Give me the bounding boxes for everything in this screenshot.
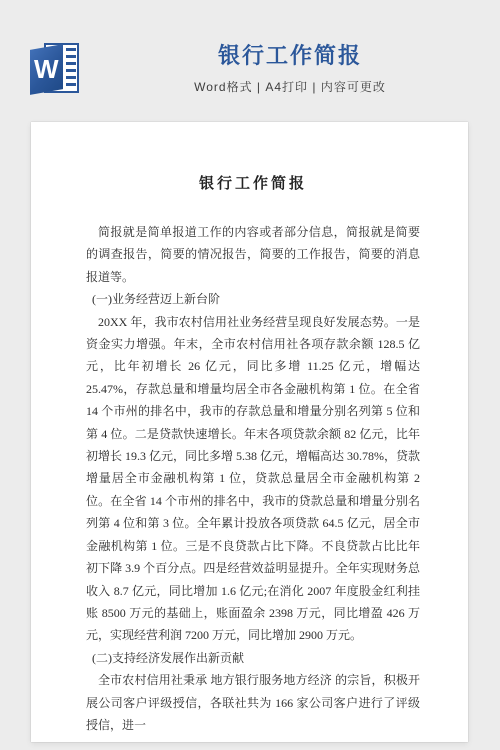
page-number: 1 bbox=[31, 696, 468, 706]
word-icon-letter: W bbox=[34, 54, 59, 85]
word-icon-flap: W bbox=[30, 44, 63, 95]
template-subtitle: Word格式 | A4打印 | 内容可更改 bbox=[80, 78, 500, 95]
header-text: 银行工作简报 Word格式 | A4打印 | 内容可更改 bbox=[80, 42, 500, 95]
document-page: 银行工作简报 简报就是简单报道工作的内容或者部分信息，简报就是简要的调查报告，简… bbox=[31, 122, 468, 742]
document-paragraph-section-1: 20XX 年，我市农村信用社业务经营呈现良好发展态势。一是资金实力增强。年末，全… bbox=[86, 311, 420, 647]
page-background: W 银行工作简报 Word格式 | A4打印 | 内容可更改 银行工作简报 简报… bbox=[0, 0, 500, 750]
word-document-icon: W bbox=[30, 42, 80, 96]
template-title: 银行工作简报 bbox=[80, 42, 500, 70]
word-icon-text-lines bbox=[66, 48, 76, 90]
header: W 银行工作简报 Word格式 | A4打印 | 内容可更改 bbox=[0, 0, 500, 122]
section-heading-2: (二)支持经济发展作出新贡献 bbox=[86, 647, 420, 669]
section-heading-1: (一)业务经营迈上新台阶 bbox=[86, 288, 420, 310]
document-title: 银行工作简报 bbox=[86, 172, 420, 193]
document-paragraph-intro: 简报就是简单报道工作的内容或者部分信息，简报就是简要的调查报告，简要的情况报告，… bbox=[86, 221, 420, 288]
